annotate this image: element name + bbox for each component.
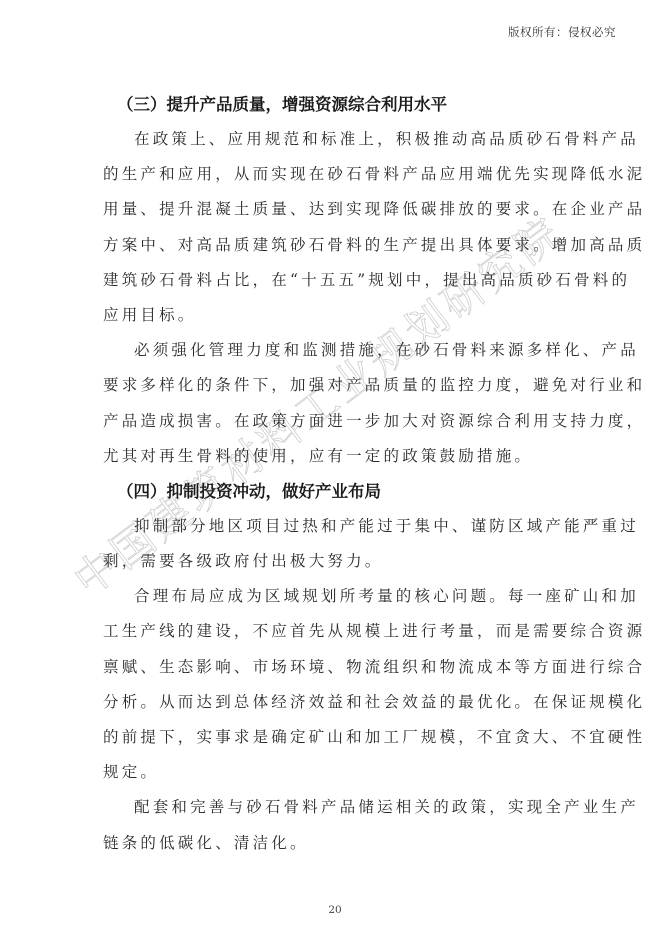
- text-line: 抑制部分地区项目过热和产能过于集中、谨防区域产能严重过: [103, 509, 569, 544]
- document-body: （三）提升产品质量，增强资源综合利用水平 在政策上、应用规范和标准上，积极推动高…: [103, 87, 569, 861]
- text-line: 工生产线的建设，不应首先从规模上进行考量，而是需要综合资源: [103, 614, 569, 649]
- text-line: 产品造成损害。在政策方面进一步加大对资源综合利用支持力度，: [103, 404, 569, 439]
- paragraph: 合理布局应成为区域规划所考量的核心问题。每一座矿山和加 工生产线的建设，不应首先…: [103, 579, 569, 790]
- paragraph: 配套和完善与砂石骨料产品储运相关的政策，实现全产业生产 链条的低碳化、清洁化。: [103, 790, 569, 860]
- text-line: 建筑砂石骨料占比，在“十五五”规划中，提出高品质砂石骨料的: [103, 263, 569, 298]
- paragraph: 在政策上、应用规范和标准上，积极推动高品质砂石骨料产品 的生产和应用，从而实现在…: [103, 122, 569, 333]
- text-line: 规定。: [103, 755, 569, 790]
- page-number: 20: [0, 904, 670, 916]
- text-line: 链条的低碳化、清洁化。: [103, 826, 569, 861]
- text-line: 必须强化管理力度和监测措施，在砂石骨料来源多样化、产品: [103, 333, 569, 368]
- paragraph: 抑制部分地区项目过热和产能过于集中、谨防区域产能严重过 剩，需要各级政府付出极大…: [103, 509, 569, 579]
- text-line: 分析。从而达到总体经济效益和社会效益的最优化。在保证规模化: [103, 685, 569, 720]
- text-line: 方案中、对高品质建筑砂石骨料的生产提出具体要求。增加高品质: [103, 228, 569, 263]
- text-line: 要求多样化的条件下，加强对产品质量的监控力度，避免对行业和: [103, 368, 569, 403]
- text-line: 在政策上、应用规范和标准上，积极推动高品质砂石骨料产品: [103, 122, 569, 157]
- text-line: 合理布局应成为区域规划所考量的核心问题。每一座矿山和加: [103, 579, 569, 614]
- text-line: 配套和完善与砂石骨料产品储运相关的政策，实现全产业生产: [103, 790, 569, 825]
- text-line: 禀赋、生态影响、市场环境、物流组织和物流成本等方面进行综合: [103, 650, 569, 685]
- text-line: 用量、提升混凝土质量、达到实现降低碳排放的要求。在企业产品: [103, 192, 569, 227]
- section-heading-3: （三）提升产品质量，增强资源综合利用水平: [103, 87, 569, 122]
- text-line: 的生产和应用，从而实现在砂石骨料产品应用端优先实现降低水泥: [103, 157, 569, 192]
- text-line: 应用目标。: [103, 298, 569, 333]
- paragraph: 必须强化管理力度和监测措施，在砂石骨料来源多样化、产品 要求多样化的条件下，加强…: [103, 333, 569, 474]
- section-heading-4: （四）抑制投资冲动，做好产业布局: [103, 474, 569, 509]
- text-line: 尤其对再生骨料的使用，应有一定的政策鼓励措施。: [103, 439, 569, 474]
- copyright-notice: 版权所有：侵权必究: [508, 24, 616, 40]
- text-line: 的前提下，实事求是确定矿山和加工厂规模，不宜贪大、不宜硬性: [103, 720, 569, 755]
- text-line: 剩，需要各级政府付出极大努力。: [103, 544, 569, 579]
